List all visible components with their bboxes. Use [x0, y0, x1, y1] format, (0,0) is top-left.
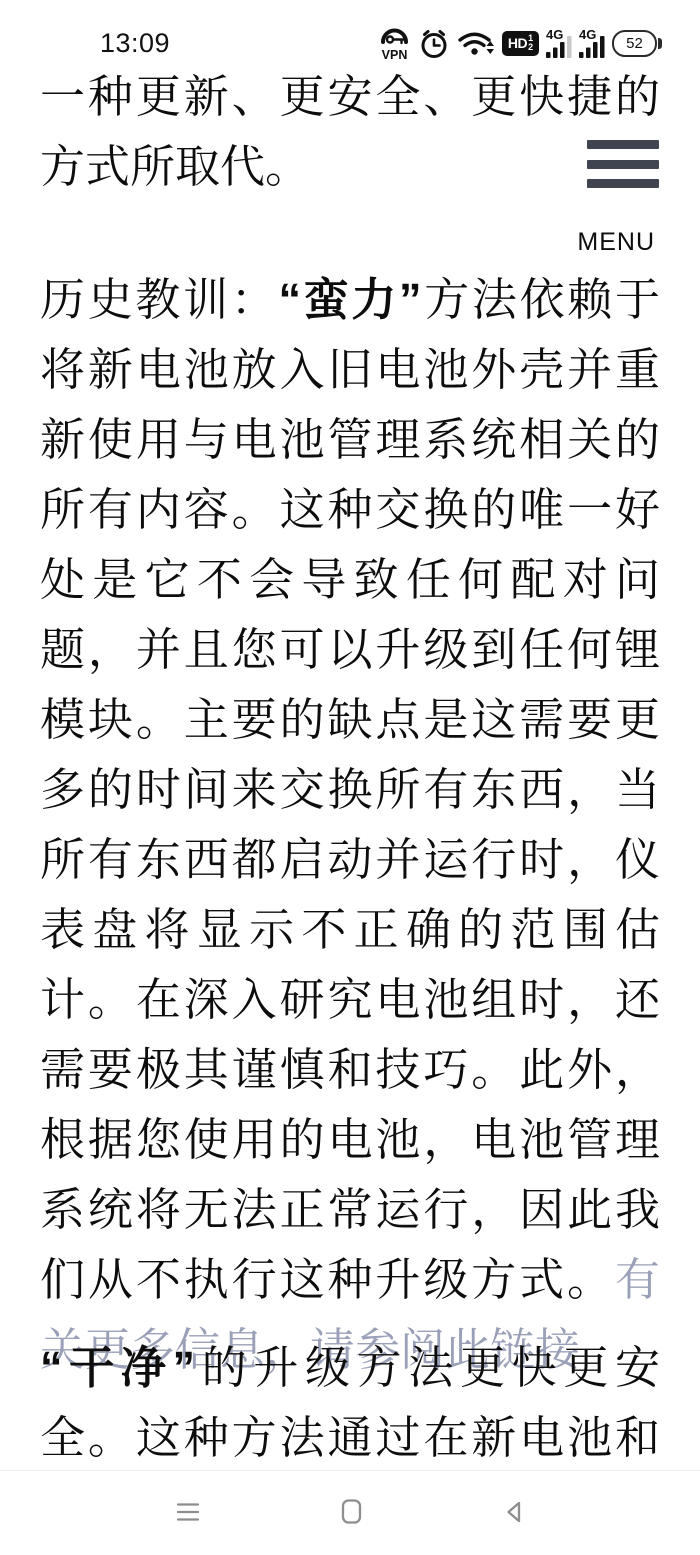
hd-voice-icon: HD 1 2 [502, 31, 539, 56]
home-button[interactable] [339, 1498, 364, 1528]
menu-label[interactable]: MENU [577, 228, 655, 257]
article-paragraph-brute-force: 历史教训：“蛮力”方法依赖于将新电池放入旧电池外壳并重新使用与电池管理系统相关的… [40, 265, 660, 1385]
status-icon-tray: VPN HD 1 2 4G [378, 26, 662, 60]
android-nav-bar [0, 1470, 700, 1555]
battery-percent: 52 [626, 35, 643, 52]
hamburger-bar [587, 179, 659, 188]
home-icon [339, 1498, 364, 1525]
phone-screen: 13:09 VPN HD [0, 0, 700, 1555]
hamburger-menu-icon[interactable] [587, 140, 659, 188]
paragraph-body: 方法依赖于将新电池放入旧电池外壳并重新使用与电池管理系统相关的所有内容。这种交换… [40, 274, 660, 1305]
status-bar: 13:09 VPN HD [0, 20, 700, 66]
svg-text:VPN: VPN [382, 48, 408, 60]
alarm-clock-icon [418, 26, 450, 60]
clock-time: 13:09 [100, 28, 170, 59]
back-icon [502, 1499, 526, 1525]
svg-text:4G: 4G [579, 28, 596, 42]
battery-icon: 52 [612, 30, 662, 57]
intro-paragraph: 一种更新、更安全、更快捷的方式所取代。 [40, 62, 660, 202]
vpn-icon: VPN [378, 26, 411, 60]
signal-sim2-icon: 4G [579, 28, 605, 59]
back-button[interactable] [502, 1499, 526, 1528]
recents-button[interactable] [175, 1499, 201, 1528]
wifi-icon [457, 28, 495, 58]
bold-term-clean: “干净” [40, 1342, 195, 1393]
hamburger-bar [587, 160, 659, 169]
bold-term-brute-force: “蛮力” [278, 274, 421, 325]
svg-text:4G: 4G [546, 28, 563, 42]
signal-sim1-icon: 4G [546, 28, 572, 59]
recents-icon [175, 1499, 201, 1525]
hamburger-bar [587, 140, 659, 149]
paragraph-prefix: 历史教训： [40, 274, 278, 325]
